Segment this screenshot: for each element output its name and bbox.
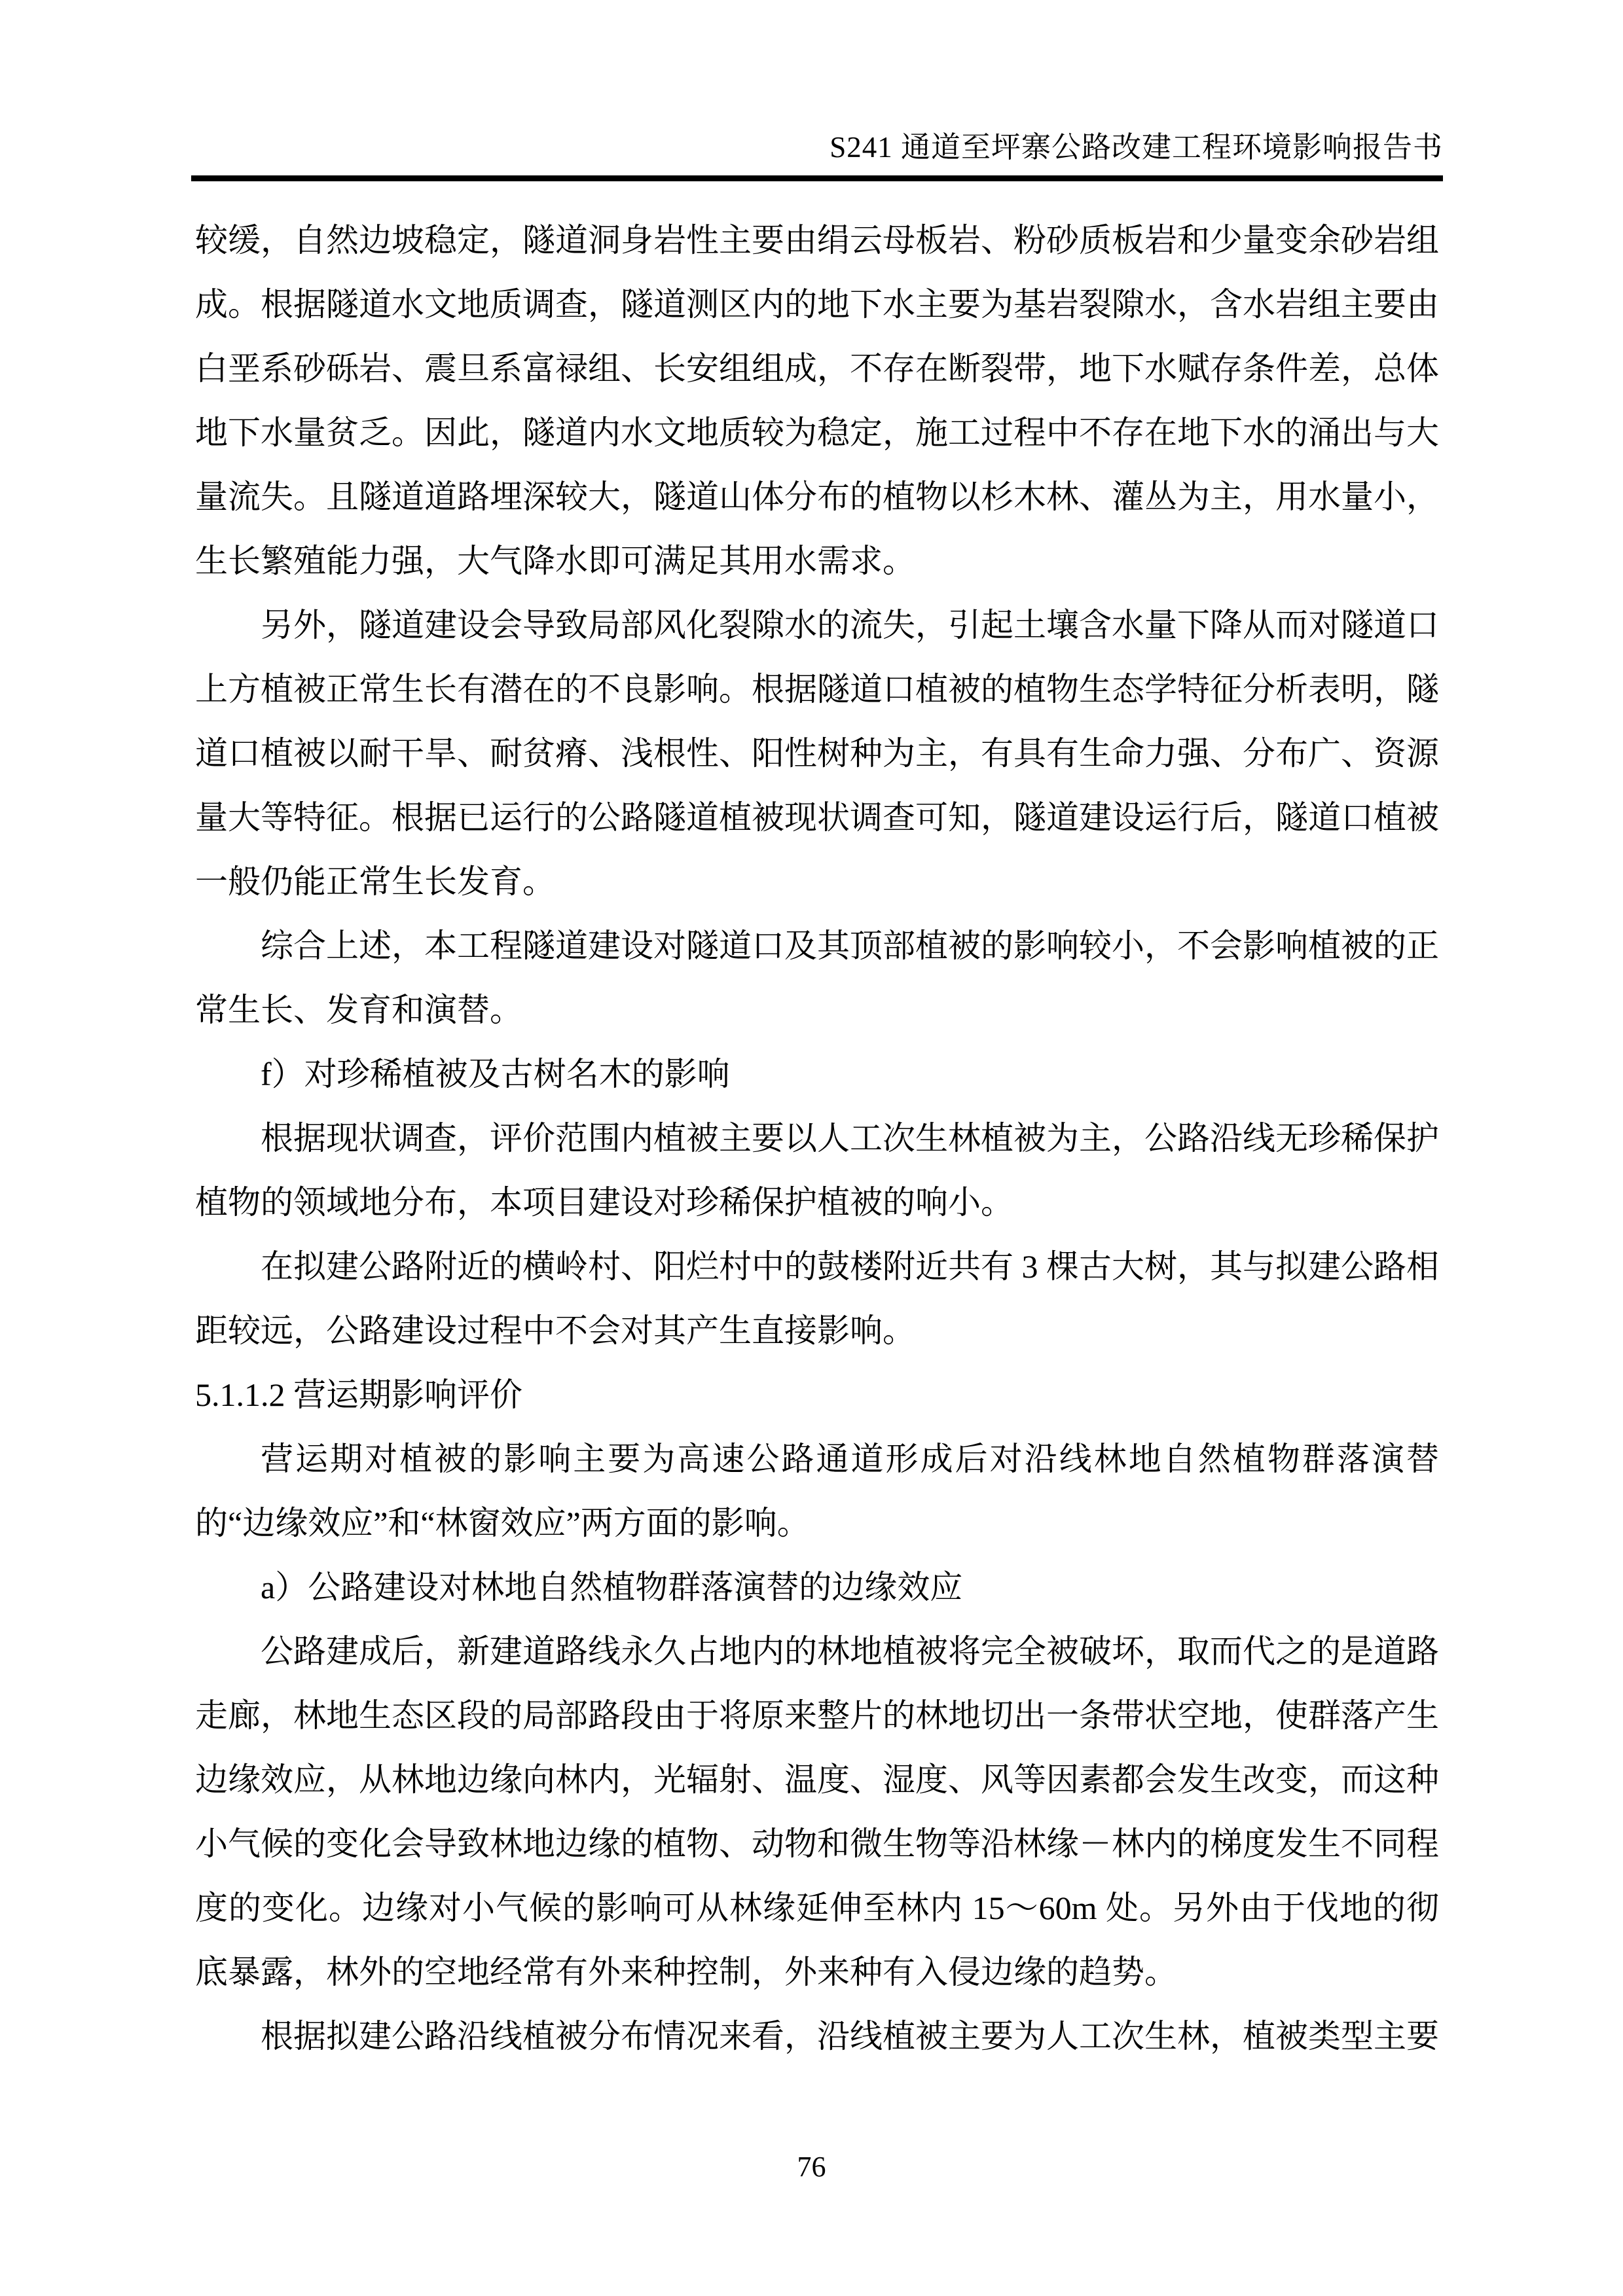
sub-item-f-heading: f）对珍稀植被及古树名木的影响 [195, 1042, 1439, 1106]
header-title: S241 通道至坪寨公路改建工程环境影响报告书 [830, 131, 1443, 164]
paragraph: 根据现状调查，评价范围内植被主要以人工次生林植被为主，公路沿线无珍稀保护植物的领… [195, 1106, 1439, 1234]
paragraph: 公路建成后，新建道路线永久占地内的林地植被将完全被破坏，取而代之的是道路走廊，林… [195, 1619, 1439, 2004]
page-number: 76 [797, 2151, 826, 2183]
paragraph-truncated: 根据拟建公路沿线植被分布情况来看，沿线植被主要为人工次生林，植被类型主要 [195, 2004, 1439, 2068]
page-header: S241 通道至坪寨公路改建工程环境影响报告书 [191, 128, 1443, 181]
paragraph: 另外，隧道建设会导致局部风化裂隙水的流失，引起土壤含水量下降从而对隧道口上方植被… [195, 593, 1439, 914]
paragraph-continuation: 较缓，自然边坡稳定，隧道洞身岩性主要由绢云母板岩、粉砂质板岩和少量变余砂岩组成。… [195, 208, 1439, 593]
paragraph: 营运期对植被的影响主要为高速公路通道形成后对沿线林地自然植物群落演替的“边缘效应… [195, 1427, 1439, 1555]
sub-item-a-heading: a）公路建设对林地自然植物群落演替的边缘效应 [195, 1555, 1439, 1619]
section-heading-5112: 5.1.1.2 营运期影响评价 [195, 1363, 1439, 1427]
document-page: S241 通道至坪寨公路改建工程环境影响报告书 较缓，自然边坡稳定，隧道洞身岩性… [0, 0, 1623, 2296]
paragraph: 在拟建公路附近的横岭村、阳烂村中的鼓楼附近共有 3 棵古大树，其与拟建公路相距较… [195, 1234, 1439, 1363]
document-body: 较缓，自然边坡稳定，隧道洞身岩性主要由绢云母板岩、粉砂质板岩和少量变余砂岩组成。… [195, 208, 1439, 2068]
page-footer: 76 [0, 2149, 1623, 2185]
paragraph: 综合上述，本工程隧道建设对隧道口及其顶部植被的影响较小，不会影响植被的正常生长、… [195, 914, 1439, 1042]
